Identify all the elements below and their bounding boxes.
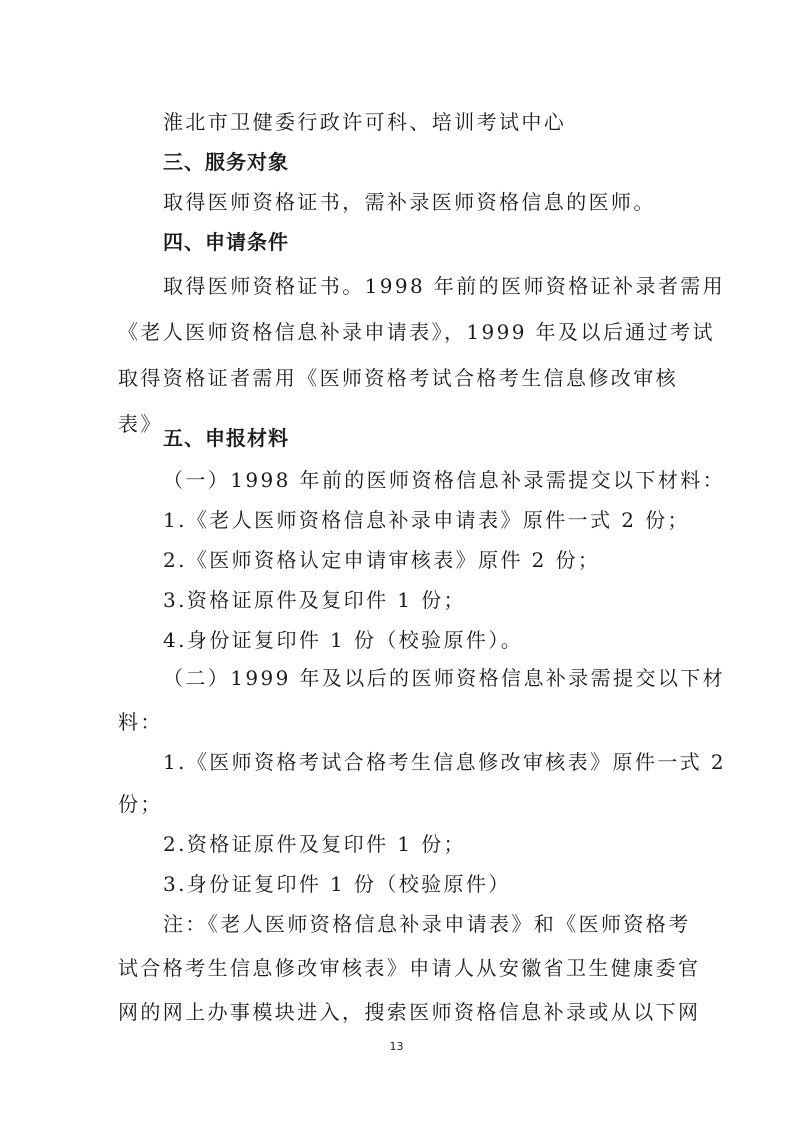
paragraph-line: 3.资格证原件及复印件 1 份； [163,586,674,614]
paragraph-line: 取得医师资格证书。1998 年前的医师资格证补录者需用 [163,272,674,300]
paragraph-line: 试合格考生信息修改审核表》申请人从安徽省卫生健康委官 [118,954,674,982]
paragraph-line: 3.身份证复印件 1 份（校验原件） [163,870,674,898]
paragraph-line: 取得医师资格证书，需补录医师资格信息的医师。 [163,188,674,216]
section-heading: 三、服务对象 [163,148,674,176]
document-page: 淮北市卫健委行政许可科、培训考试中心三、服务对象取得医师资格证书，需补录医师资格… [0,0,793,1122]
paragraph-line: （一）1998 年前的医师资格信息补录需提交以下材料： [163,466,674,494]
paragraph-line: 淮北市卫健委行政许可科、培训考试中心 [163,108,674,136]
paragraph-line: 份； [118,790,674,818]
paragraph-line: 取得资格证者需用《医师资格考试合格考生信息修改审核 [118,364,674,392]
paragraph-line: 2.资格证原件及复印件 1 份； [163,830,674,858]
paragraph-line: 注：《老人医师资格信息补录申请表》和《医师资格考 [163,910,674,938]
paragraph-line: 网的网上办事模块进入，搜索医师资格信息补录或从以下网 [118,998,674,1026]
paragraph-line: 2.《医师资格认定申请审核表》原件 2 份； [163,546,674,574]
paragraph-line: 料： [118,708,674,736]
paragraph-line: 4.身份证复印件 1 份（校验原件）。 [163,626,674,654]
paragraph-line: （二）1999 年及以后的医师资格信息补录需提交以下材 [163,664,674,692]
section-heading: 五、申报材料 [163,424,674,452]
page-number: 13 [0,1040,793,1053]
paragraph-line: 《老人医师资格信息补录申请表》，1999 年及以后通过考试 [118,318,674,346]
section-heading: 四、申请条件 [163,228,674,256]
paragraph-line: 1.《医师资格考试合格考生信息修改审核表》原件一式 2 [163,748,674,776]
paragraph-line: 1.《老人医师资格信息补录申请表》原件一式 2 份； [163,506,674,534]
